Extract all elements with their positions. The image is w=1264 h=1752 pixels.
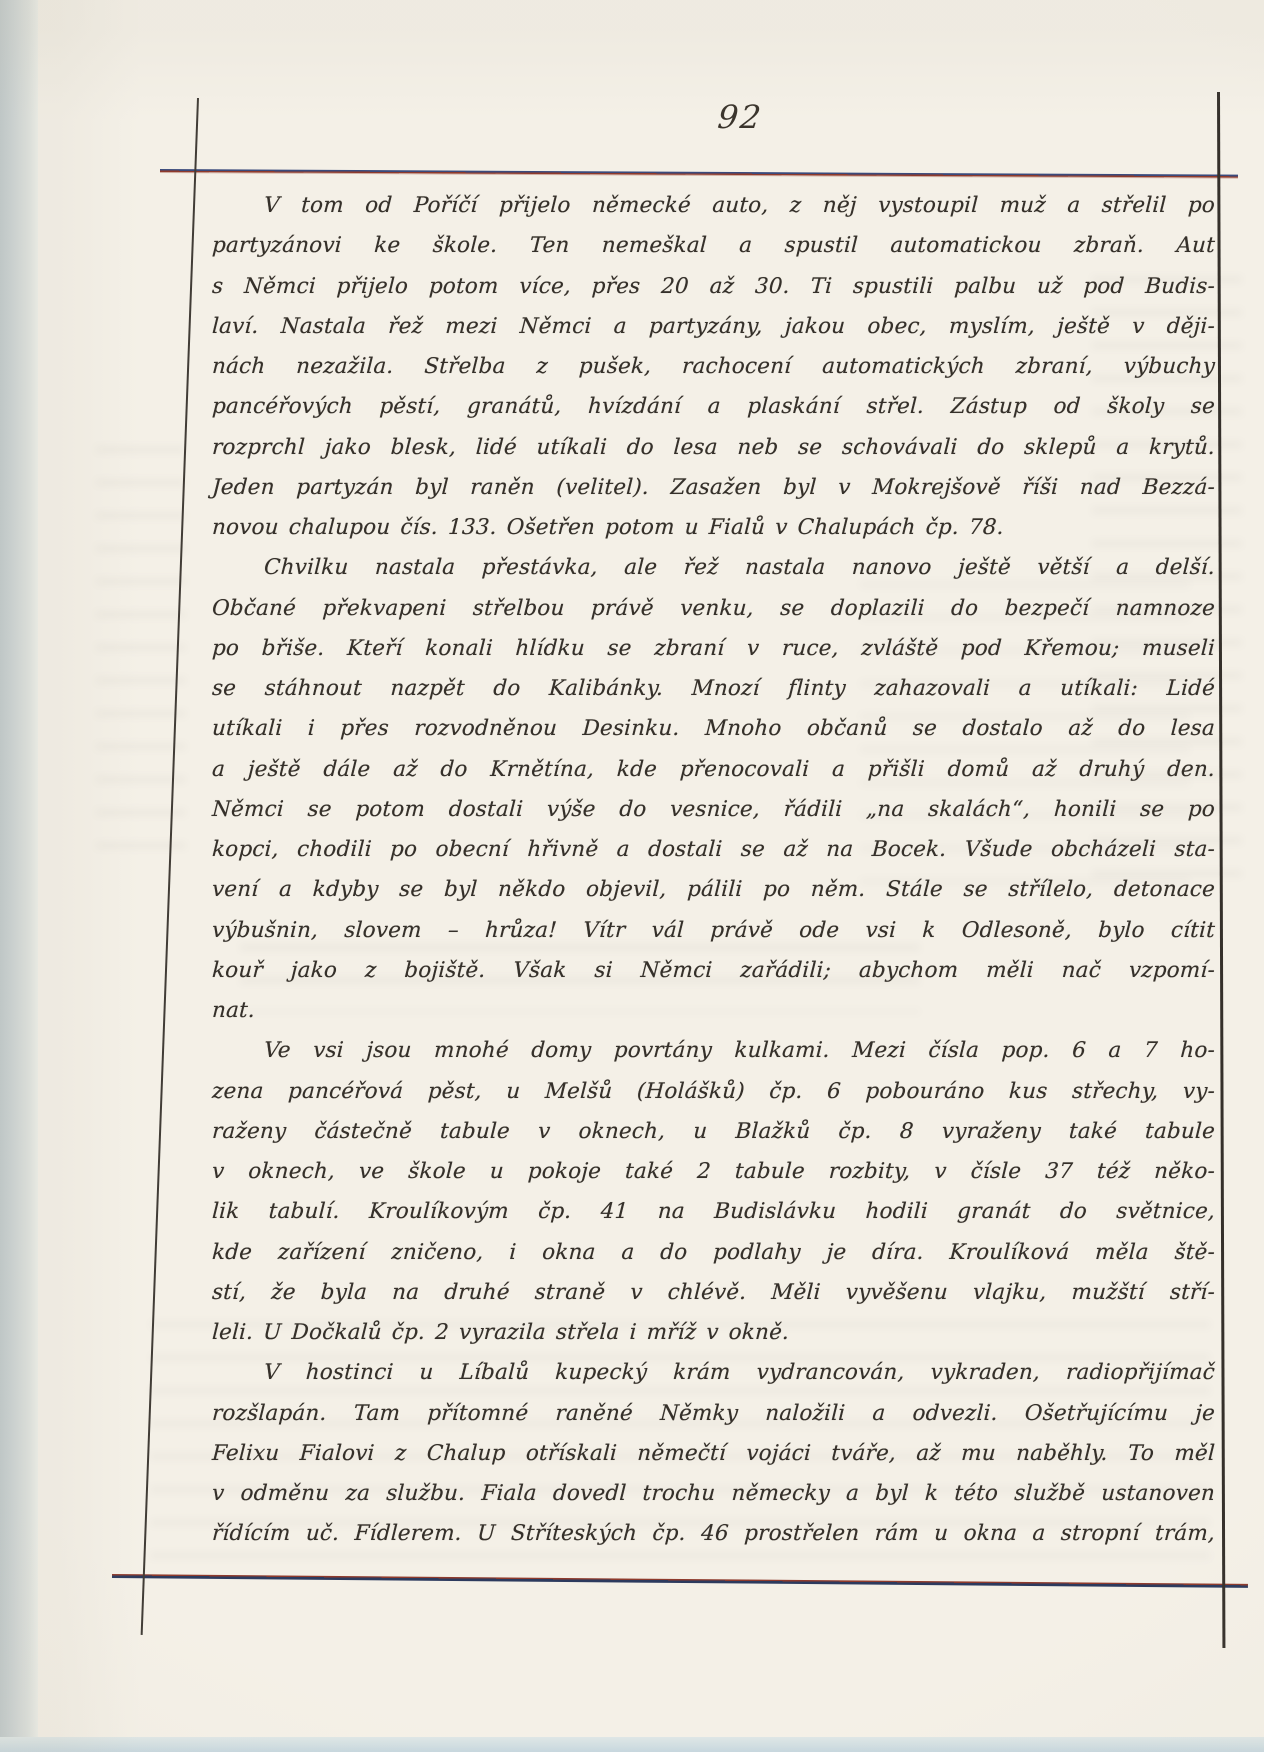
text-line: rozprchl jako blesk, lidé utíkali do les… — [211, 428, 1216, 468]
text-line: řídícím uč. Fídlerem. U Stříteských čp. … — [211, 1514, 1216, 1554]
text-line: leli. U Dočkalů čp. 2 vyrazila střela i … — [211, 1313, 1216, 1353]
text-line: partyzánovi ke škole. Ten nemeškal a spu… — [211, 226, 1216, 266]
text-line: výbušnin, slovem – hrůza! Vítr vál právě… — [211, 911, 1216, 951]
text-line: nách nezažila. Střelba z pušek, rachocen… — [211, 347, 1216, 387]
text-line: po břiše. Kteří konali hlídku se zbraní … — [211, 629, 1216, 669]
text-line: rozšlapán. Tam přítomné raněné Němky nal… — [211, 1394, 1216, 1434]
scan-edge-left — [0, 0, 38, 1752]
scan-edge-bottom — [0, 1737, 1264, 1752]
text-line: v odměnu za službu. Fiala dovedl trochu … — [211, 1474, 1216, 1514]
text-line: kde zařízení zničeno, i okna a do podlah… — [211, 1233, 1216, 1273]
text-line: zena pancéřová pěst, u Melšů (Holášků) č… — [211, 1072, 1216, 1112]
scanned-page: 92 V tom od Poříčí přijelo německé auto,… — [0, 0, 1264, 1752]
text-line: Jeden partyzán byl raněn (velitel). Zasa… — [211, 468, 1216, 508]
text-line: raženy částečně tabule v oknech, u Blažk… — [211, 1112, 1216, 1152]
text-line: kouř jako z bojiště. Však si Němci zařád… — [211, 951, 1216, 991]
text-line: lik tabulí. Kroulíkovým čp. 41 na Budisl… — [211, 1192, 1216, 1232]
text-line: V tom od Poříčí přijelo německé auto, z … — [211, 186, 1216, 226]
text-line: kopci, chodili po obecní hřivně a dostal… — [211, 830, 1216, 870]
text-line: vení a kdyby se byl někdo objevil, pálil… — [211, 870, 1216, 910]
text-line: Ve vsi jsou mnohé domy povrtány kulkami.… — [211, 1031, 1216, 1071]
text-line: se stáhnout nazpět do Kalibánky. Mnozí f… — [211, 669, 1216, 709]
text-line: a ještě dále až do Krnětína, kde přenoco… — [211, 750, 1216, 790]
text-line: stí, že byla na druhé straně v chlévě. M… — [211, 1273, 1216, 1313]
text-line: laví. Nastala řež mezi Němci a partyzány… — [211, 307, 1216, 347]
right-margin-line — [1217, 92, 1225, 1648]
text-line: Felixu Fialovi z Chalup otřískali němečt… — [211, 1434, 1216, 1474]
bottom-rule-line — [112, 1574, 1248, 1588]
text-line: pancéřových pěstí, granátů, hvízdání a p… — [211, 387, 1216, 427]
text-line: V hostinci u Líbalů kupecký krám vydranc… — [211, 1353, 1216, 1393]
page-number: 92 — [688, 98, 793, 142]
text-line: nat. — [211, 991, 1216, 1031]
text-line: Němci se potom dostali výše do vesnice, … — [211, 790, 1216, 830]
text-line: novou chalupou čís. 133. Ošetřen potom u… — [211, 508, 1216, 548]
left-margin-line — [141, 98, 199, 1635]
text-line: Občané překvapeni střelbou právě venku, … — [211, 589, 1216, 629]
top-rule-line — [160, 169, 1238, 178]
text-line: s Němci přijelo potom více, přes 20 až 3… — [211, 267, 1216, 307]
manuscript-text: V tom od Poříčí přijelo německé auto, z … — [212, 186, 1215, 1555]
text-line: utíkali i přes rozvodněnou Desinku. Mnoh… — [211, 709, 1216, 749]
text-line: v oknech, ve škole u pokoje také 2 tabul… — [211, 1152, 1216, 1192]
text-line: Chvilku nastala přestávka, ale řež nasta… — [211, 548, 1216, 588]
